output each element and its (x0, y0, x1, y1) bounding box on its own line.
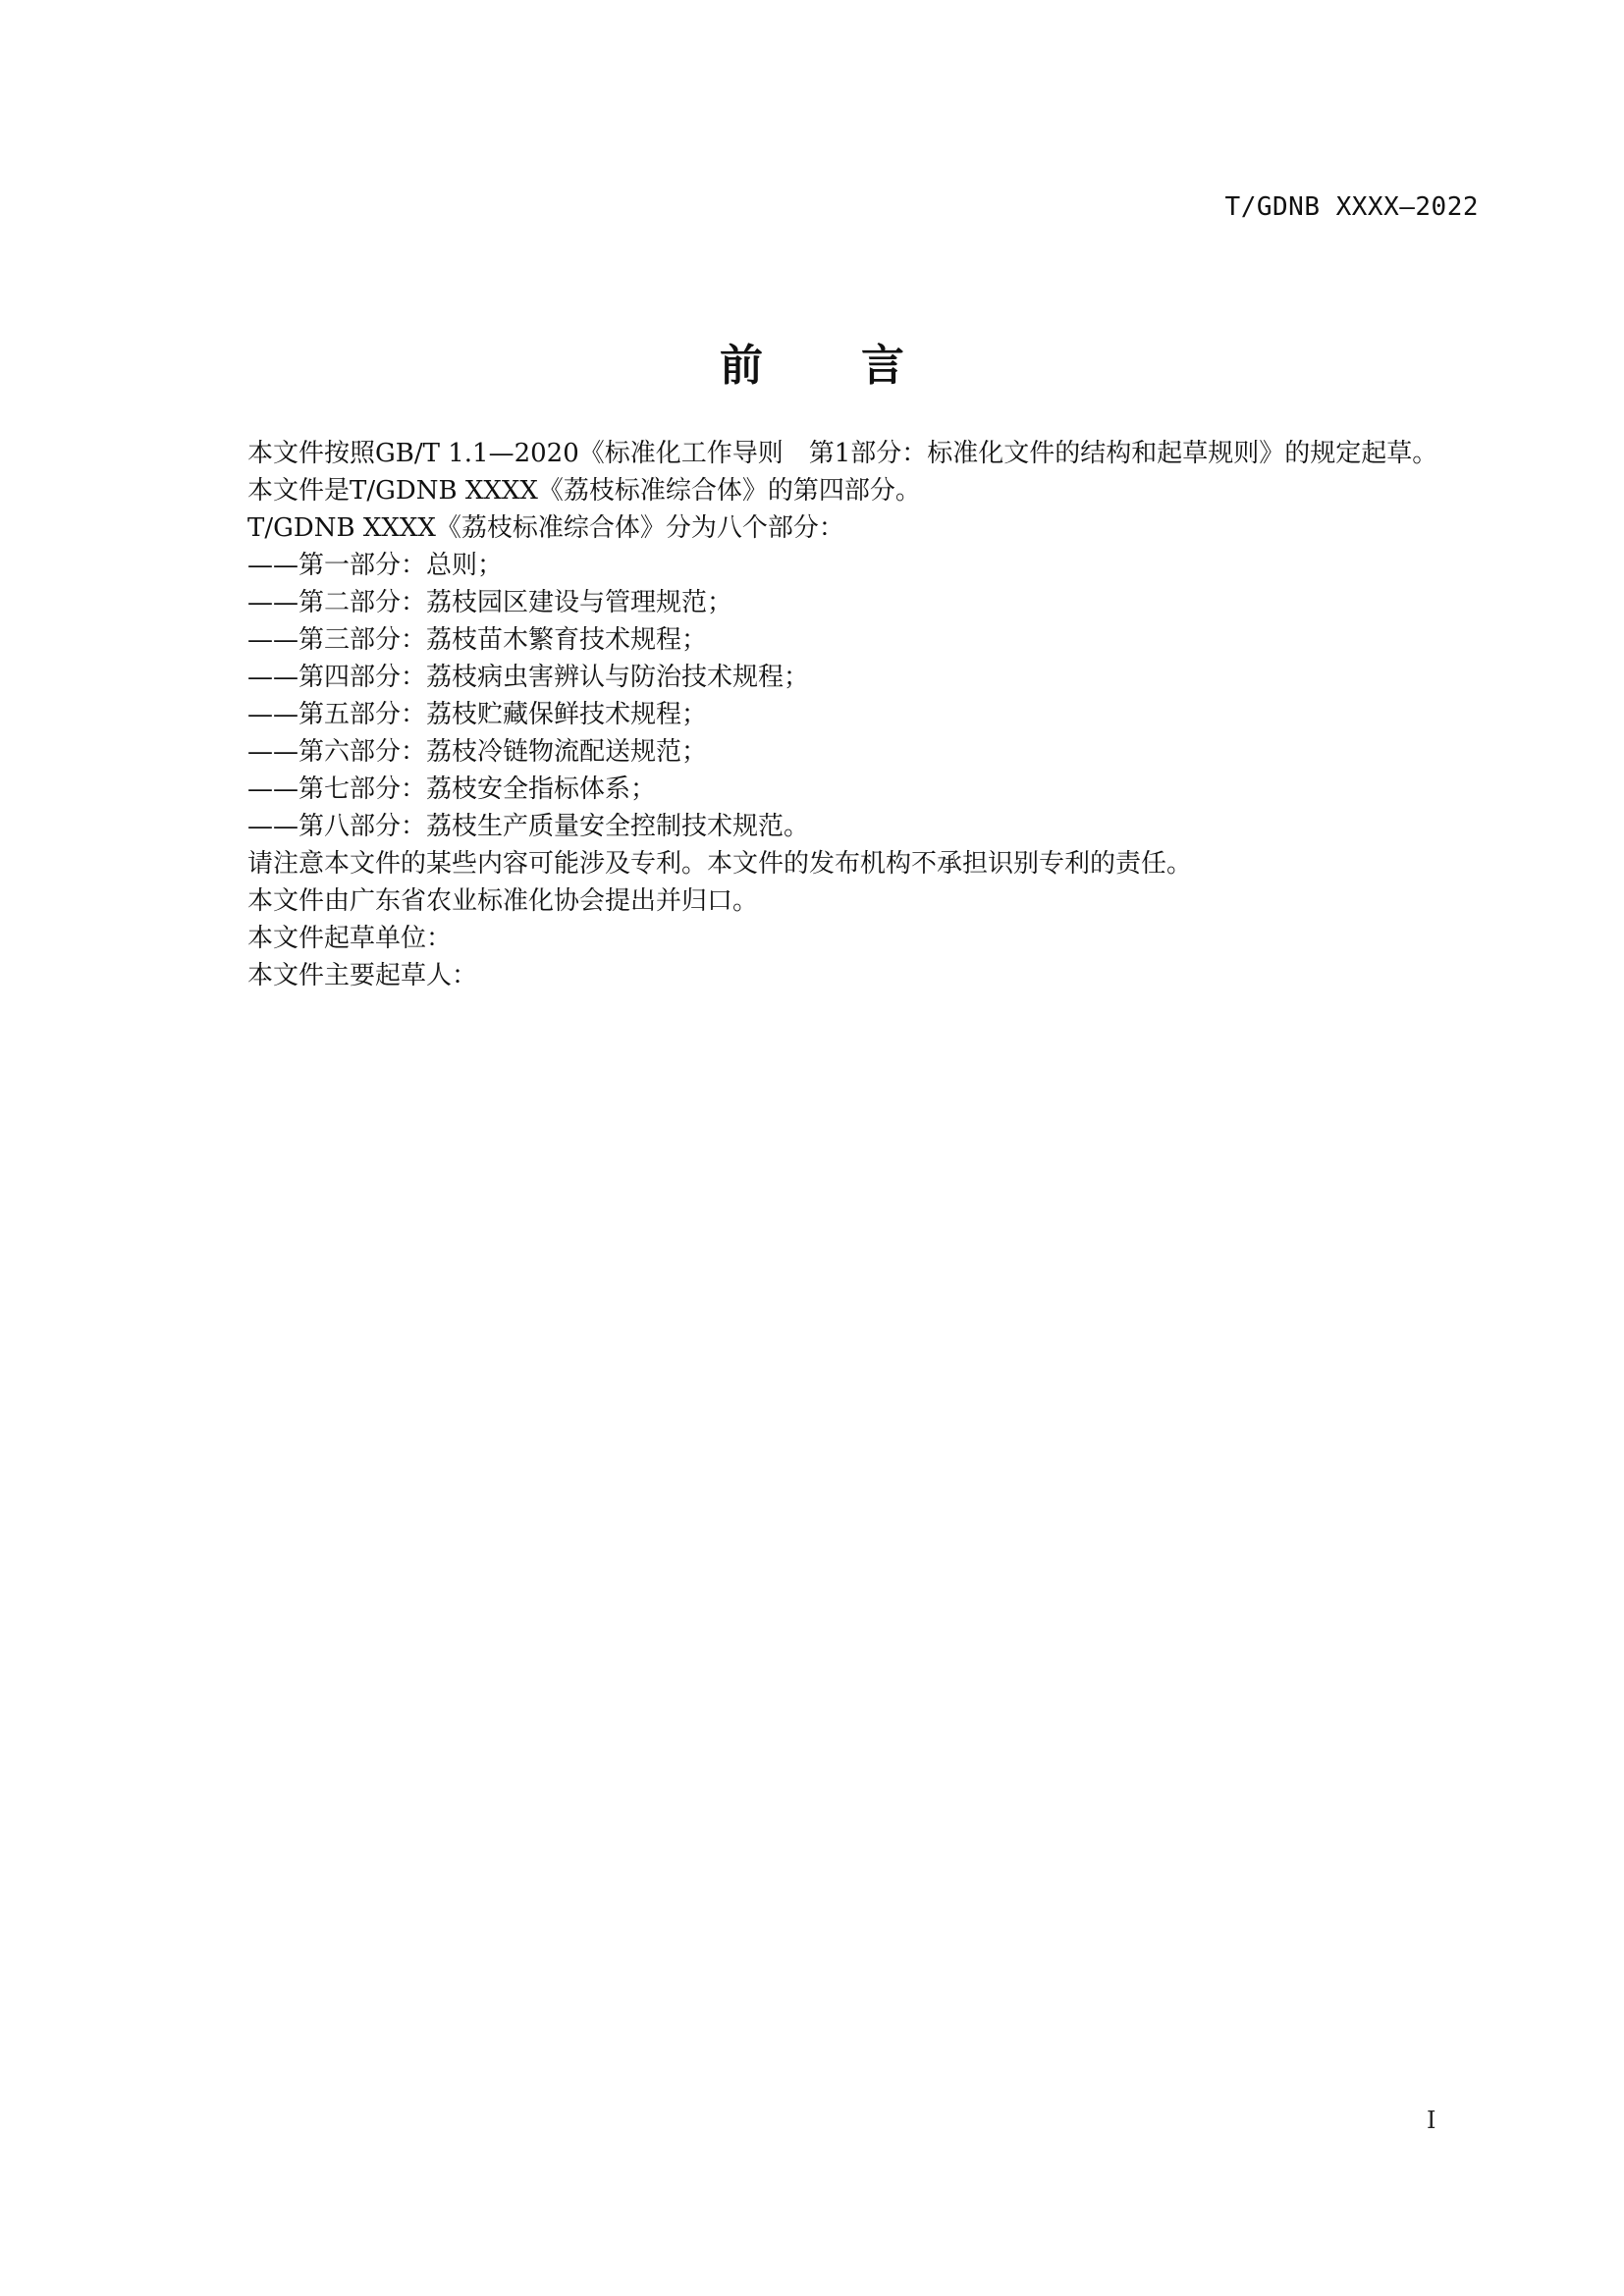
paragraph-proposer: 本文件由广东省农业标准化协会提出并归口。 (192, 882, 1479, 920)
title-char-2: 言 (861, 330, 904, 393)
paragraph-parts-intro: T/GDNB XXXX《荔枝标准综合体》分为八个部分： (192, 509, 1479, 547)
foreword-body: 本文件按照GB/T 1.1—2020《标准化工作导则 第1部分：标准化文件的结构… (192, 435, 1479, 994)
paragraph-part-statement: 本文件是T/GDNB XXXX《荔枝标准综合体》的第四部分。 (192, 472, 1479, 509)
paragraph-main-drafters: 本文件主要起草人： (192, 957, 1479, 994)
title-char-1: 前 (720, 330, 763, 393)
list-item-part-6: ——第六部分：荔枝冷链物流配送规范； (192, 733, 1479, 771)
page-title: 前言 (0, 330, 1624, 393)
list-item-part-2: ——第二部分：荔枝园区建设与管理规范； (192, 584, 1479, 621)
list-item-part-3: ——第三部分：荔枝苗木繁育技术规程； (192, 621, 1479, 659)
paragraph-drafting-units: 本文件起草单位： (192, 920, 1479, 957)
list-item-part-1: ——第一部分：总则； (192, 547, 1479, 584)
list-item-part-5: ——第五部分：荔枝贮藏保鲜技术规程； (192, 696, 1479, 733)
list-item-part-8: ——第八部分：荔枝生产质量安全控制技术规范。 (192, 808, 1479, 845)
paragraph-drafting-basis: 本文件按照GB/T 1.1—2020《标准化工作导则 第1部分：标准化文件的结构… (192, 435, 1479, 472)
list-item-part-7: ——第七部分：荔枝安全指标体系； (192, 771, 1479, 808)
page-number: I (1427, 2107, 1435, 2134)
standard-code-header: T/GDNB XXXX—2022 (1225, 192, 1479, 222)
list-item-part-4: ——第四部分：荔枝病虫害辨认与防治技术规程； (192, 659, 1479, 696)
paragraph-patent-notice: 请注意本文件的某些内容可能涉及专利。本文件的发布机构不承担识别专利的责任。 (192, 845, 1479, 882)
